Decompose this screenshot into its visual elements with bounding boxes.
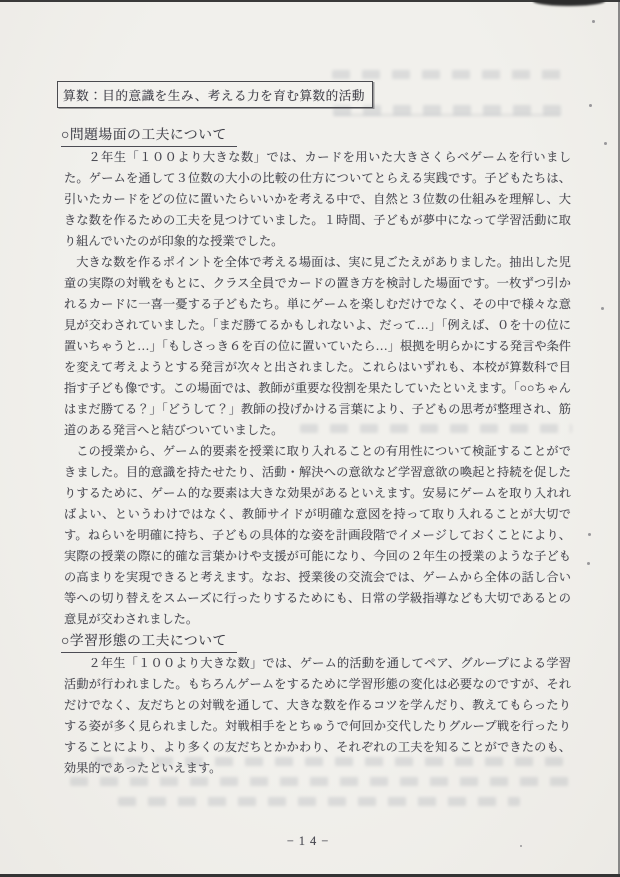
scan-speck bbox=[589, 104, 592, 107]
scan-speck bbox=[604, 142, 607, 145]
title-box: 算数：目的意識を生み、考える力を育む算数的活動 bbox=[57, 81, 373, 108]
scan-speck bbox=[601, 307, 604, 310]
scan-corner-smudge bbox=[533, 0, 605, 6]
scan-speck bbox=[592, 20, 595, 23]
section-1-heading: ○問題場面の工夫について bbox=[61, 123, 237, 147]
section-1-heading-text: ○問題場面の工夫について bbox=[61, 123, 237, 147]
section-2-heading-text: ○学習形態の工夫について bbox=[61, 629, 237, 653]
bleed-through-smudge bbox=[118, 797, 520, 806]
page-number: −14− bbox=[0, 834, 620, 849]
scan-edge-top bbox=[0, 0, 620, 2]
scan-speck bbox=[587, 562, 590, 565]
paragraph: ２年生「１００より大きな数」では、カードを用いた大きさくらべゲームを行いました。… bbox=[64, 147, 571, 252]
paragraph: 大きな数を作るポイントを全体で考える場面は、実に見ごたえがありました。抽出した児… bbox=[64, 252, 571, 441]
section-2-body: ２年生「１００より大きな数」では、ゲーム的活動を通してペア、グループによる学習活… bbox=[64, 653, 571, 779]
paragraph: ２年生「１００より大きな数」では、ゲーム的活動を通してペア、グループによる学習活… bbox=[64, 653, 571, 779]
bleed-through-smudge bbox=[332, 70, 572, 79]
scan-speck bbox=[588, 533, 591, 536]
title-text: 算数：目的意識を生み、考える力を育む算数的活動 bbox=[63, 89, 365, 103]
section-2-heading: ○学習形態の工夫について bbox=[61, 629, 237, 653]
scanned-document-page: 算数：目的意識を生み、考える力を育む算数的活動 ○問題場面の工夫について ２年生… bbox=[0, 0, 620, 877]
paragraph: この授業から、ゲーム的要素を授業に取り入れることの有用性について検証することがで… bbox=[64, 441, 571, 630]
section-1-body: ２年生「１００より大きな数」では、カードを用いた大きさくらべゲームを行いました。… bbox=[64, 147, 571, 630]
